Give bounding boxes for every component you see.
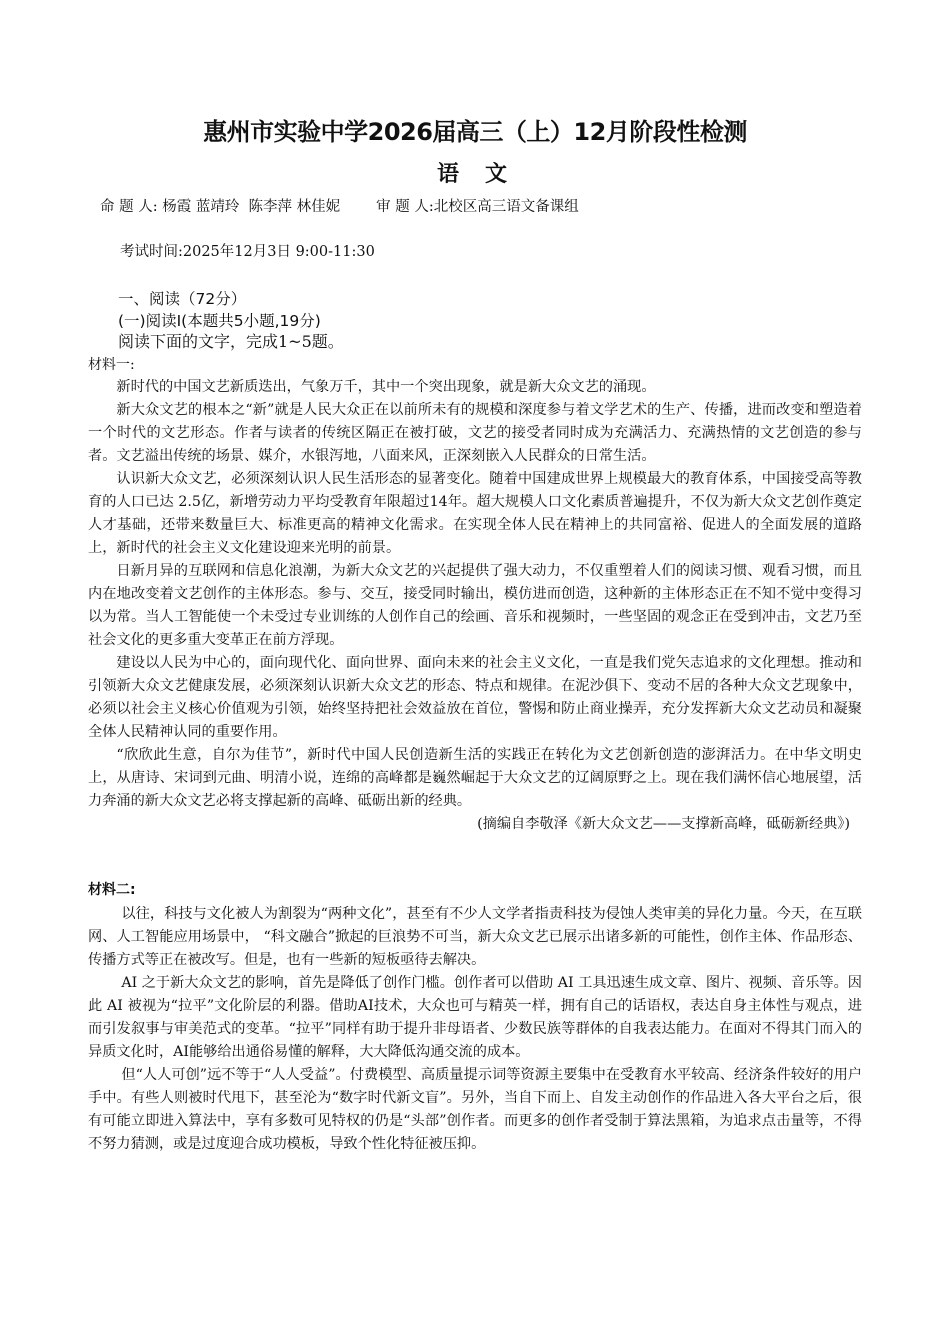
reviewers-names: 北校区高三语文备课组 xyxy=(434,199,579,215)
material-2-body: 以往，科技与文化被人为割裂为“两种文化”，甚至有不少人文学者指责科技为侵蚀人类审… xyxy=(88,903,862,1156)
authors-names: 杨霞 蓝靖玲 陈李萍 林佳妮 xyxy=(162,199,340,215)
reviewers-label: 审 题 人: xyxy=(376,199,434,215)
exam-title: 惠州市实验中学2026届高三（上）12月阶段性检测 xyxy=(0,116,950,148)
paragraph: 以往，科技与文化被人为割裂为“两种文化”，甚至有不少人文学者指责科技为侵蚀人类审… xyxy=(88,903,862,972)
paragraph: 但“人人可创”远不等于“人人受益”。付费模型、高质量提示词等资源主要集中在受教育… xyxy=(88,1064,862,1156)
material-2-label: 材料二: xyxy=(88,880,136,900)
paragraph: AI 之于新大众文艺的影响，首先是降低了创作门槛。创作者可以借助 AI 工具迅速… xyxy=(88,972,862,1064)
author-line: 命 题 人: 杨霞 蓝靖玲 陈李萍 林佳妮审 题 人:北校区高三语文备课组 xyxy=(100,196,579,218)
paragraph: 认识新大众文艺，必须深刻认识人民生活形态的显著变化。随着中国建成世界上规模最大的… xyxy=(88,468,862,560)
subject-title: 语文 xyxy=(0,160,950,190)
paragraph: 建设以人民为中心的，面向现代化、面向世界、面向未来的社会主义文化，一直是我们党矢… xyxy=(88,652,862,744)
authors-label: 命 题 人: xyxy=(100,199,158,215)
exam-page: 惠州市实验中学2026届高三（上）12月阶段性检测 语文 命 题 人: 杨霞 蓝… xyxy=(0,0,950,1344)
paragraph: 新时代的中国文艺新质迭出，气象万千，其中一个突出现象，就是新大众文艺的涌现。 xyxy=(88,376,862,399)
material-1-label: 材料一: xyxy=(88,355,135,375)
part-title: 一、阅读（72分） xyxy=(118,288,246,310)
paragraph: 日新月异的互联网和信息化浪潮，为新大众文艺的兴起提供了强大动力，不仅重塑着人们的… xyxy=(88,560,862,652)
paragraph: 新大众文艺的根本之“新”就是人民大众正在以前所未有的规模和深度参与着文学艺术的生… xyxy=(88,399,862,468)
sub-section-title: (一)阅读Ⅰ(本题共5小题,19分) xyxy=(118,310,321,332)
source-citation: (摘编自李敬泽《新大众文艺——支撑新高峰，砥砺新经典》) xyxy=(88,813,862,836)
material-1-body: 新时代的中国文艺新质迭出，气象万千，其中一个突出现象，就是新大众文艺的涌现。 新… xyxy=(88,376,862,836)
exam-time: 考试时间:2025年12月3日 9:00-11:30 xyxy=(120,241,375,263)
instruction: 阅读下面的文字，完成1~5题。 xyxy=(118,331,344,353)
paragraph: “欣欣此生意，自尔为佳节”，新时代中国人民创造新生活的实践正在转化为文艺创新创造… xyxy=(88,744,862,813)
